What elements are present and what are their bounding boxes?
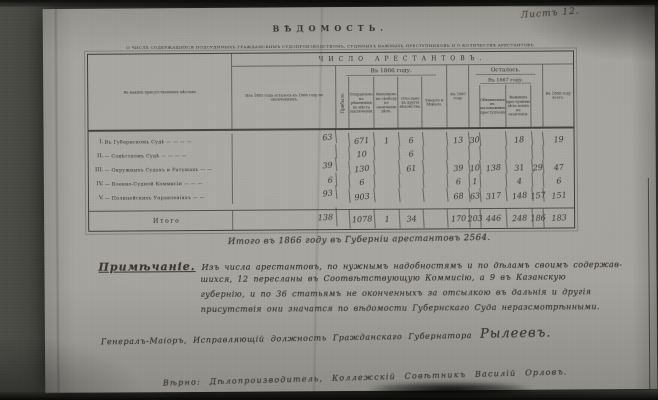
- header-subcol-serious-criminals: Важныхъ преступниковъ, дѣла коихъ не око…: [506, 85, 532, 127]
- header-places-column: Въ какихъ присутственныхъ мѣстахъ.: [88, 54, 233, 130]
- table-header: Въ какихъ присутственныхъ мѣстахъ. ЧИСЛО…: [88, 51, 574, 131]
- header-subcol-minor-offences-text: Обвиняемыхъ въ маловажныхъ преступленіях…: [480, 97, 504, 114]
- note-line-text: Изъ числа арестантовъ, по нужнымъ надобн…: [202, 260, 623, 272]
- row-label: — Совѣстномъ Судѣ — — — —: [105, 151, 233, 158]
- table-cell: [374, 146, 400, 161]
- document-sheet: Листъ 12. ВѢДОМОСТЬ. О ЧИСЛѢ СОДЕРЖАЩИХС…: [43, 5, 658, 393]
- header-group-current-year: Въ 1866 году. Прибыло. Отправлено по рѣш…: [336, 65, 447, 128]
- table-cell: 446: [481, 208, 508, 229]
- table-row: V. — Полицейскихъ Управленіяхъ — — 93903…: [89, 187, 574, 204]
- header-group-current-year-title: Въ 1866 году.: [346, 66, 436, 76]
- table-cell: 34: [400, 209, 425, 229]
- header-subcol-transferred: Отослано въ другія вѣдомства.: [399, 76, 423, 127]
- corner-folio-note: Листъ 12.: [520, 6, 580, 21]
- table-cell: 6: [349, 174, 375, 189]
- row-number: I.: [93, 139, 103, 145]
- table-cell: [374, 174, 400, 189]
- table-cell: [506, 145, 533, 161]
- table-cell: 151: [543, 187, 574, 204]
- row-label-cell: Итого: [89, 211, 233, 231]
- table-cell: 317: [480, 187, 507, 203]
- table-cell: 183: [544, 208, 575, 229]
- table-cell: 68: [447, 188, 470, 204]
- row-number: V.: [93, 195, 103, 201]
- row-label-cell: V. — Полицейскихъ Управленіяхъ — —: [89, 190, 233, 205]
- table-cell: [480, 145, 507, 161]
- header-subcol-transferred-text: Отослано въ другія вѣдомства.: [399, 96, 422, 109]
- row-label-cell: III. — Окружныхъ Судахъ и Ратушахъ — —: [89, 162, 233, 177]
- header-subcol-sent-text: Отправлено по рѣшеніямъ въ мѣста заключе…: [349, 92, 373, 113]
- table-cell: 1: [469, 174, 481, 189]
- header-col-total: Въ 1866 году всего.: [543, 64, 573, 126]
- header-subcol-released-text: Выпущено на свободу по окончаніи дѣлъ.: [374, 92, 398, 113]
- document-title: ВѢДОМОСТЬ.: [87, 21, 574, 34]
- table-cell: [480, 173, 507, 189]
- table-cell: [337, 210, 351, 230]
- prisoner-table: Въ какихъ присутственныхъ мѣстахъ. ЧИСЛО…: [87, 50, 575, 231]
- table-cell: [399, 188, 424, 204]
- header-group-remaining-year: Въ 1867 году.: [480, 77, 531, 84]
- table-cell: [423, 188, 448, 204]
- row-label: — Полицейскихъ Управленіяхъ — —: [105, 193, 233, 200]
- table-cell: 903: [349, 188, 375, 204]
- header-col-total-text: Въ 1866 году всего.: [543, 91, 573, 100]
- table-cell: 1: [375, 209, 401, 229]
- table-cell: [336, 175, 350, 190]
- table-cell: [399, 174, 424, 189]
- row-label: — Военно-Судной Коммисіи — — —: [105, 179, 233, 186]
- table-cell: 6: [399, 146, 424, 161]
- summary-total-line: Итого въ 1866 году въ Губерніи арестанто…: [194, 232, 524, 247]
- table-cell: [532, 145, 544, 160]
- table-cell: [336, 147, 350, 162]
- row-label: — Окружныхъ Судахъ и Ратушахъ — —: [105, 165, 233, 172]
- governor-signature-line: Генералъ-Маіоръ, Исправляющій должность …: [101, 325, 601, 349]
- governor-signature-title: Генералъ-Маіоръ, Исправляющій должность …: [101, 331, 472, 346]
- row-label-cell: IV. — Военно-Судной Коммисіи — — —: [89, 176, 233, 191]
- table-cell: [423, 146, 448, 161]
- header-col-to-next-year-text: Къ 1867 году.: [447, 92, 468, 101]
- document-subtitle-text: О ЧИСЛѢ СОДЕРЖАЩИХСЯ ПОДСУДИМЫХЪ ГРАЖДАН…: [87, 42, 574, 50]
- header-subcol-serious-criminals-text: Важныхъ преступниковъ, дѣла коихъ не око…: [506, 95, 531, 116]
- header-subcol-blank-right: [531, 85, 542, 127]
- header-places-label: Въ какихъ присутственныхъ мѣстахъ.: [89, 89, 230, 94]
- header-subcol-died-text: Умерло и бѣжало.: [423, 98, 447, 107]
- header-group-remaining-title: Осталось.: [476, 66, 536, 75]
- document-content: Листъ 12. ВѢДОМОСТЬ. О ЧИСЛѢ СОДЕРЖАЩИХС…: [43, 5, 658, 393]
- photograph-background: Листъ 12. ВѢДОМОСТЬ. О ЧИСЛѢ СОДЕРЖАЩИХС…: [0, 0, 658, 400]
- table-row: Итого 1381078134170203446248186183: [89, 207, 574, 230]
- row-number: IV.: [93, 181, 103, 187]
- header-subcol-minor-offences: Обвиняемыхъ въ маловажныхъ преступленіях…: [480, 85, 506, 127]
- governor-signature-name: Рылеевъ.: [480, 325, 552, 341]
- note-section: Примѣчаніе.Изъ числа арестантовъ, по нуж…: [98, 257, 580, 320]
- header-group-remaining-subcols: Обвиняемыхъ въ маловажныхъ преступленіях…: [469, 85, 542, 128]
- table-cell: 1078: [350, 209, 376, 229]
- table-cell: 4: [506, 173, 533, 189]
- header-subcol-blank-left: [469, 85, 480, 127]
- header-col-to-next-year: Къ 1867 году.: [447, 65, 469, 127]
- table-cell: 10: [349, 146, 375, 161]
- table-cell: 6: [447, 174, 470, 189]
- note-heading: Примѣчаніе.: [98, 260, 195, 274]
- header-col-remaining: Изъ 1865 года осталось къ 1866 году не о…: [232, 66, 336, 129]
- row-number: III.: [93, 167, 103, 173]
- row-label-cell: I. Въ Губернскомъ Судѣ — — — —: [89, 134, 233, 149]
- header-subcol-arrived: Прибыло.: [336, 77, 349, 128]
- row-values: 939036863317148157151: [233, 187, 574, 203]
- table-cell: [532, 173, 544, 188]
- header-subcol-died: Умерло и бѣжало.: [422, 76, 446, 127]
- header-subcol-sent: Отправлено по рѣшеніямъ въ мѣста заключе…: [349, 77, 374, 128]
- bottom-dark-band: [0, 392, 658, 400]
- table-cell: [424, 209, 449, 229]
- document-subtitle: О ЧИСЛѢ СОДЕРЖАЩИХСЯ ПОДСУДИМЫХЪ ГРАЖДАН…: [87, 34, 574, 45]
- row-values: 1381078134170203446248186183: [233, 208, 574, 229]
- row-number: II.: [93, 153, 103, 159]
- clerk-attestation-line: Вѣрно: Дѣлопроизводитель, Коллежскій Сов…: [145, 367, 585, 388]
- header-group-current-year-subcols: Прибыло. Отправлено по рѣшеніямъ въ мѣст…: [336, 76, 446, 128]
- table-cell: [374, 188, 400, 204]
- row-label: Итого: [153, 217, 181, 224]
- header-numeric-columns: ЧИСЛО АРЕСТАНТОВЪ. Изъ 1865 года осталос…: [232, 51, 574, 128]
- row-label-cell: II. — Совѣстномъ Судѣ — — — —: [89, 148, 233, 163]
- table-cell: 138: [233, 207, 338, 232]
- note-line: присутствія они значатся по вѣдомости Гу…: [99, 302, 581, 320]
- row-label: Въ Губернскомъ Судѣ — — — —: [105, 137, 233, 144]
- table-cell: [469, 146, 481, 161]
- table-cell: [447, 146, 470, 161]
- header-col-remaining-text: Изъ 1865 года осталось къ 1866 году не о…: [233, 93, 335, 102]
- header-subcol-released: Выпущено на свободу по окончаніи дѣлъ.: [374, 77, 399, 128]
- table-body: I. Въ Губернскомъ Судѣ — — — — 636711613…: [89, 128, 575, 230]
- header-subcol-arrived-text: Прибыло.: [340, 90, 345, 116]
- table-cell: [423, 174, 448, 189]
- header-group-remaining: Осталось. Въ 1867 году. Обвиняемыхъ въ м…: [469, 65, 543, 128]
- header-column-row: Изъ 1865 года осталось къ 1866 году не о…: [232, 64, 573, 128]
